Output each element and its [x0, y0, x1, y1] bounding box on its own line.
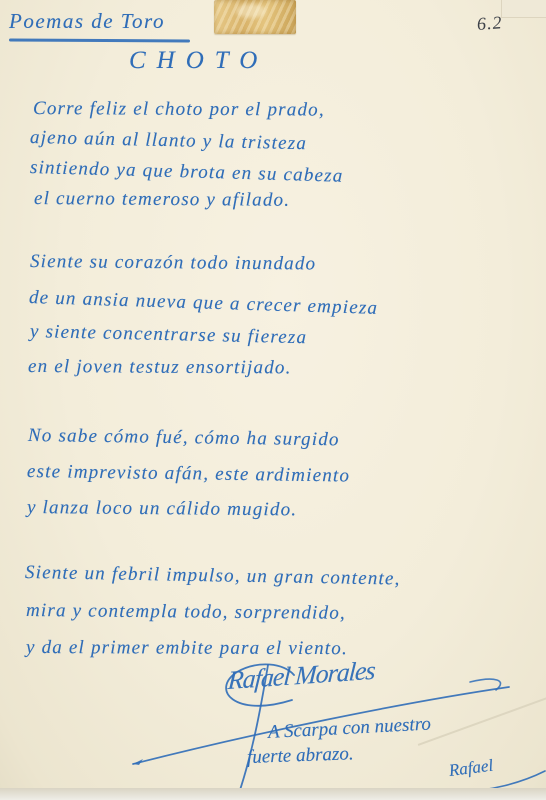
dedication-line: A Scarpa con nuestro [267, 713, 431, 744]
manuscript-paper: Poemas de Toro 6.2 CHOTO Corre feliz el … [0, 0, 546, 790]
page-corner-tab [501, 0, 546, 18]
scan-background-edge [0, 788, 546, 800]
poem-line: en el joven testuz ensortijado. [28, 356, 292, 379]
poem-line: de un ansia nueva que a crecer empieza [29, 287, 379, 320]
poem-line: sintiendo ya que brota en su cabeza [30, 157, 344, 188]
signature-rafael-short: Rafael [448, 756, 494, 781]
poem-line: y lanza loco un cálido mugido. [27, 497, 297, 521]
poem-title: CHOTO [129, 47, 268, 75]
dedication-line: fuerte abrazo. [247, 743, 354, 769]
poem-line: Siente un febril impulso, un gran conten… [25, 562, 401, 591]
poem-line: y da el primer embite para el viento. [26, 637, 348, 660]
signature-rafael-morales: Rafael Morales [227, 656, 376, 696]
paper-crease [418, 694, 546, 745]
tape-highlight [236, 4, 266, 18]
poem-line: Corre feliz el choto por el prado, [33, 98, 325, 122]
poem-line: No sabe cómo fué, cómo ha surgido [28, 425, 340, 451]
folio-number: 6.2 [476, 12, 503, 35]
poem-line: ajeno aún al llanto y la tristeza [30, 127, 308, 155]
poem-line: Siente su corazón todo inundado [30, 251, 316, 275]
collection-label: Poemas de Toro [9, 9, 165, 34]
poem-line: este imprevisto afán, este ardimiento [27, 461, 350, 488]
collection-underline [9, 39, 190, 43]
adhesive-tape [214, 0, 296, 34]
poem-line: y siente concentrarse su fiereza [30, 321, 308, 349]
poem-line: mira y contempla todo, sorprendido, [26, 600, 346, 625]
poem-line: el cuerno temeroso y afilado. [34, 188, 290, 212]
